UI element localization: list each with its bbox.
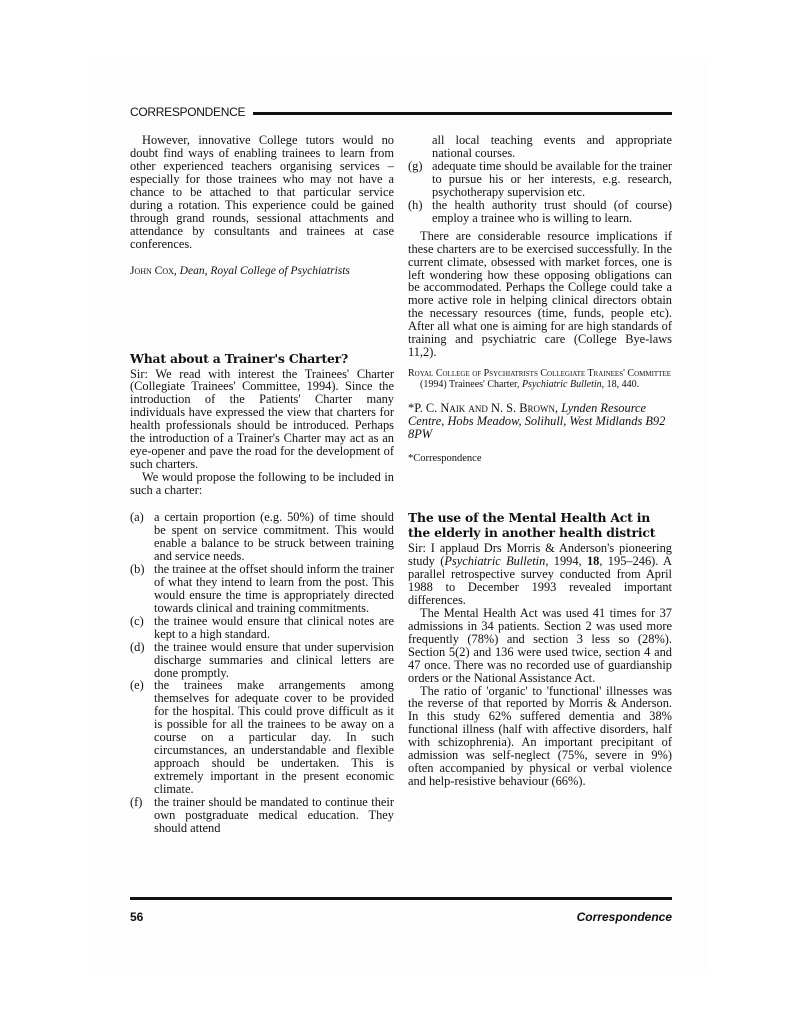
correspondence-note: *Correspondence — [408, 453, 672, 466]
list-item-text: the trainees make arrangements among the… — [154, 678, 394, 796]
signature-role: Dean, Royal College of Psychiatrists — [180, 265, 350, 277]
letter2-para2: We would propose the following to be inc… — [130, 471, 394, 497]
list-item: (f)the trainer should be mandated to con… — [130, 796, 394, 835]
running-head-label: CORRESPONDENCE — [130, 105, 245, 119]
list-item: (b)the trainee at the offset should info… — [130, 563, 394, 615]
list-item-text: adequate time should be available for th… — [432, 159, 672, 199]
page-number: 56 — [130, 910, 143, 924]
list-marker: (g) — [408, 160, 422, 173]
list-item: (c)the trainee would ensure that clinica… — [130, 615, 394, 641]
letter2-authors: *P. C. Naik and N. S. Brown — [408, 401, 555, 415]
signature-name: John Cox — [130, 265, 174, 277]
para-text: , 1994, — [545, 554, 587, 568]
letter3-para3: The ratio of 'organic' to 'functional' i… — [408, 685, 672, 789]
right-column: all local teaching events and appropriat… — [408, 134, 672, 788]
list-marker: (h) — [408, 199, 422, 212]
running-head: CORRESPONDENCE — [130, 104, 672, 120]
section-footer: Correspondence — [577, 910, 672, 924]
list-item: (h)the health authority trust should (of… — [408, 199, 672, 225]
reference-volume: , 18, 440. — [602, 379, 640, 390]
list-item-text: all local teaching events and appropriat… — [432, 133, 672, 160]
list-item: (g)adequate time should be available for… — [408, 160, 672, 199]
reference-entry: Royal College of Psychiatrists Collegiat… — [408, 368, 672, 390]
letter1-closing-paragraph: However, innovative College tutors would… — [130, 134, 394, 251]
header-rule — [253, 112, 672, 115]
list-item-text: a certain proportion (e.g. 50%) of time … — [154, 510, 394, 563]
journal-name: Psychiatric Bulletin — [444, 554, 545, 568]
letter2-para3: There are considerable resource implicat… — [408, 230, 672, 360]
list-item-text: the trainee at the offset should inform … — [154, 562, 394, 615]
letter2-signature: *P. C. Naik and N. S. Brown, Lynden Reso… — [408, 402, 672, 441]
letter3-para1: Sir: I applaud Drs Morris & Anderson's p… — [408, 542, 672, 607]
list-item-text: the trainee would ensure that under supe… — [154, 640, 394, 680]
list-item-text: the trainer should be mandated to contin… — [154, 795, 394, 835]
list-marker: (d) — [130, 641, 144, 654]
letter1-signature: John Cox, Dean, Royal College of Psychia… — [130, 265, 394, 278]
charter-proposal-list: (a)a certain proportion (e.g. 50%) of ti… — [130, 511, 394, 835]
list-marker: (e) — [130, 679, 144, 692]
list-marker: (c) — [130, 615, 144, 628]
letter3-title: The use of the Mental Health Act in the … — [408, 510, 672, 540]
reference-journal: Psychiatric Bulletin — [522, 379, 602, 390]
list-item: (a)a certain proportion (e.g. 50%) of ti… — [130, 511, 394, 563]
letter2-para1: Sir: We read with interest the Trainees'… — [130, 368, 394, 472]
reference-title: (1994) Trainees' Charter, — [420, 379, 522, 390]
volume-number: 18 — [587, 554, 599, 568]
list-marker: (b) — [130, 563, 144, 576]
list-item-text: the health authority trust should (of co… — [432, 198, 672, 225]
list-item: (d)the trainee would ensure that under s… — [130, 641, 394, 680]
letter2-title: What about a Trainer's Charter? — [130, 351, 394, 366]
list-item: (e)the trainees make arrangements among … — [130, 679, 394, 796]
charter-proposal-list-continued: all local teaching events and appropriat… — [408, 134, 672, 225]
reference-authors: Royal College of Psychiatrists Collegiat… — [408, 368, 671, 379]
left-column: However, innovative College tutors would… — [130, 134, 394, 835]
list-item-continuation: all local teaching events and appropriat… — [408, 134, 672, 160]
list-marker: (a) — [130, 511, 144, 524]
list-marker: (f) — [130, 796, 142, 809]
footer-rule — [130, 897, 672, 900]
letter3-para2: The Mental Health Act was used 41 times … — [408, 607, 672, 685]
list-item-text: the trainee would ensure that clinical n… — [154, 614, 394, 641]
